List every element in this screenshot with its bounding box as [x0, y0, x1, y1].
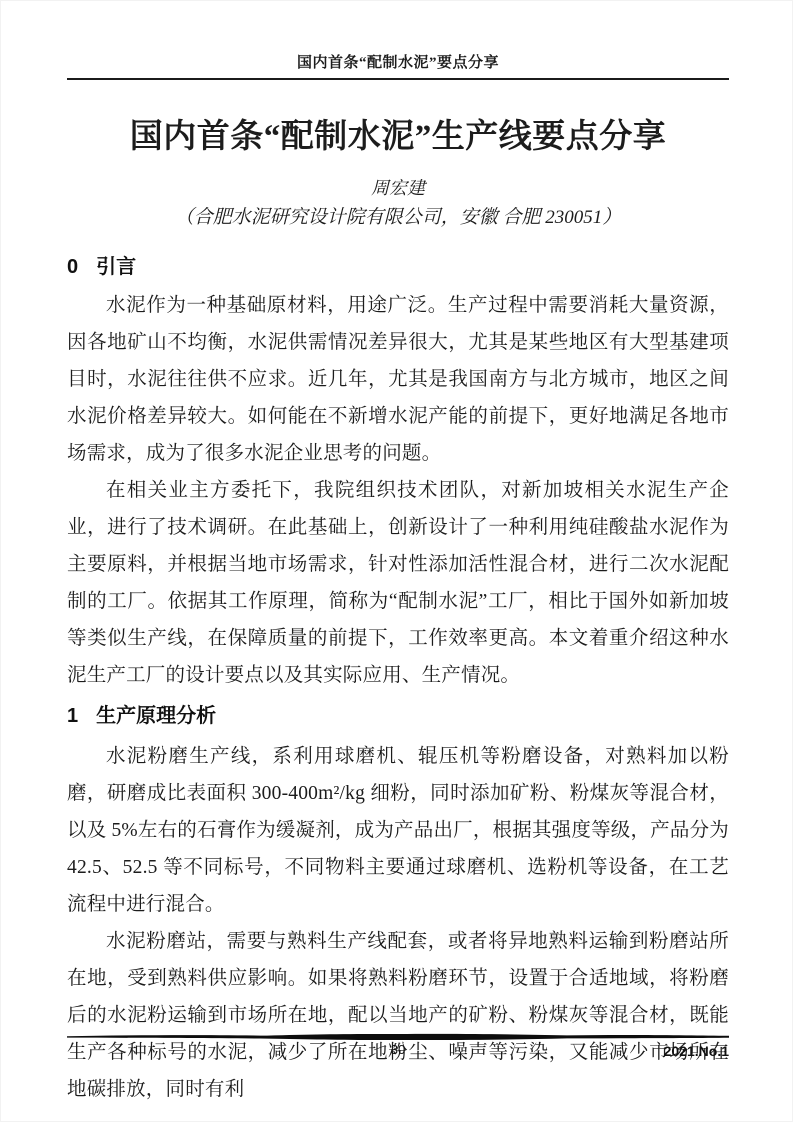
- running-header: 国内首条“配制水泥”要点分享: [67, 53, 729, 73]
- article-title: 国内首条“配制水泥”生产线要点分享: [67, 114, 729, 160]
- header-rule: [67, 78, 729, 80]
- paragraph: 在相关业主方委托下，我院组织技术团队，对新加坡相关水泥生产企业，进行了技术调研。…: [67, 472, 729, 694]
- document-page: 国内首条“配制水泥”要点分享 国内首条“配制水泥”生产线要点分享 周宏建 （合肥…: [0, 0, 793, 1122]
- section-number: 0: [67, 253, 78, 281]
- paragraph: 水泥粉磨生产线，系利用球磨机、辊压机等粉磨设备，对熟料加以粉磨，研磨成比表面积 …: [67, 738, 729, 923]
- author-affiliation: （合肥水泥研究设计院有限公司，安徽 合肥 230051）: [67, 205, 729, 231]
- footer-rule: [67, 1033, 729, 1041]
- section-title: 引言: [96, 256, 136, 278]
- section-title: 生产原理分析: [96, 705, 216, 727]
- section-heading-introduction: 0引言: [67, 253, 729, 281]
- page-number: 30: [67, 1042, 729, 1057]
- page-content: 国内首条“配制水泥”要点分享 国内首条“配制水泥”生产线要点分享 周宏建 （合肥…: [67, 1, 729, 1108]
- section-number: 1: [67, 702, 78, 730]
- paragraph: 水泥作为一种基础原材料，用途广泛。生产过程中需要消耗大量资源，因各地矿山不均衡，…: [67, 287, 729, 472]
- section-heading-production-principle: 1生产原理分析: [67, 702, 729, 730]
- issue-label: 2021.No.1: [664, 1043, 729, 1059]
- author-name: 周宏建: [67, 176, 729, 201]
- page-footer: 30 2021.No.1: [67, 1033, 729, 1062]
- paragraph: 水泥粉磨站，需要与熟料生产线配套，或者将异地熟料运输到粉磨站所在地，受到熟料供应…: [67, 923, 729, 1108]
- footer-row: 30 2021.No.1: [67, 1042, 729, 1062]
